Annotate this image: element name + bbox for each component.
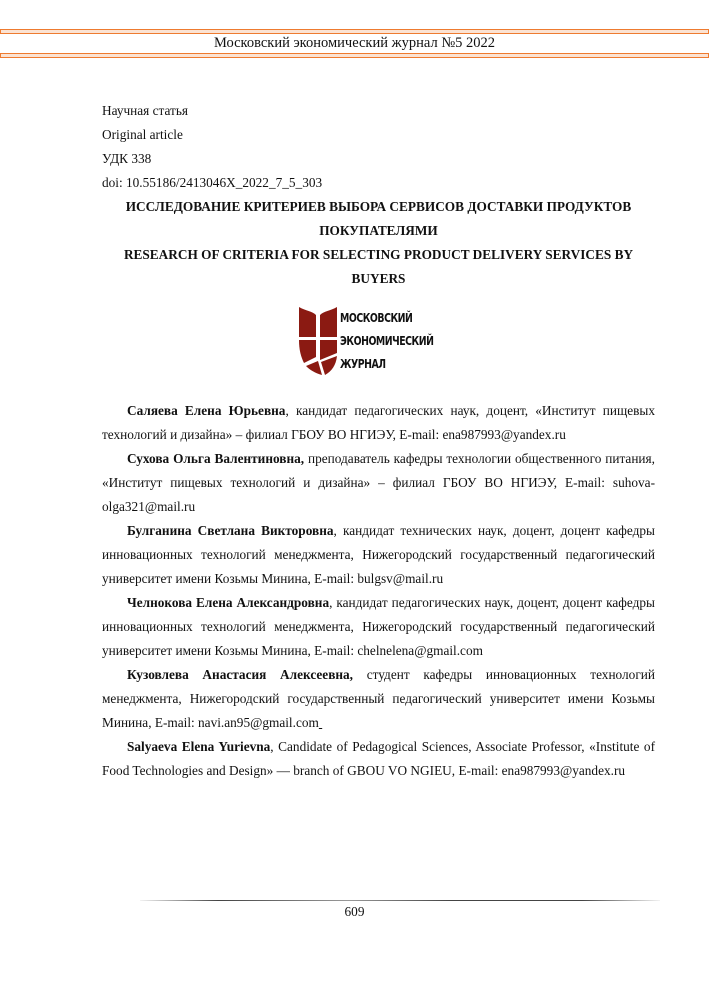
author-entry: Salyaeva Elena Yurievna, Candidate of Pe… <box>102 735 655 783</box>
header-rule-bottom <box>0 53 709 58</box>
article-type-en: Original article <box>102 123 655 147</box>
page-number: 609 <box>0 903 709 921</box>
article-front-matter: Научная статья Original article УДК 338 … <box>102 99 655 783</box>
author-name: Челнокова Елена Александровна <box>127 595 329 610</box>
logo-wordmark: МОСКОВСКИЙ ЭКОНОМИЧЕСКИЙ ЖУРНАЛ <box>340 307 433 376</box>
journal-logo-icon <box>298 305 338 377</box>
author-list: Саляева Елена Юрьевна, кандидат педагоги… <box>102 399 655 783</box>
logo-line: ЖУРНАЛ <box>340 353 433 376</box>
doi: doi: 10.55186/2413046X_2022_7_5_303 <box>102 171 655 195</box>
logo-line: МОСКОВСКИЙ <box>340 307 433 330</box>
title-en-line: RESEARCH OF CRITERIA FOR SELECTING PRODU… <box>102 243 655 267</box>
title-ru-line: ПОКУПАТЕЛЯМИ <box>102 219 655 243</box>
journal-title: Московский экономический журнал №5 2022 <box>0 34 709 52</box>
author-name: Булганина Светлана Викторовна <box>127 523 334 538</box>
footer-rule <box>140 900 660 901</box>
trailing-underline <box>319 715 322 730</box>
udc-code: УДК 338 <box>102 147 655 171</box>
logo-line: ЭКОНОМИЧЕСКИЙ <box>340 330 433 353</box>
author-entry: Челнокова Елена Александровна, кандидат … <box>102 591 655 663</box>
author-entry: Сухова Ольга Валентиновна, преподаватель… <box>102 447 655 519</box>
author-name: Кузовлева Анастасия Алексеевна, <box>127 667 353 682</box>
journal-logo: МОСКОВСКИЙ ЭКОНОМИЧЕСКИЙ ЖУРНАЛ <box>102 291 655 391</box>
title-english: RESEARCH OF CRITERIA FOR SELECTING PRODU… <box>102 243 655 291</box>
author-entry: Саляева Елена Юрьевна, кандидат педагоги… <box>102 399 655 447</box>
author-entry: Булганина Светлана Викторовна, кандидат … <box>102 519 655 591</box>
title-ru-line: ИССЛЕДОВАНИЕ КРИТЕРИЕВ ВЫБОРА СЕРВИСОВ Д… <box>102 195 655 219</box>
author-entry: Кузовлева Анастасия Алексеевна, студент … <box>102 663 655 735</box>
title-en-line: BUYERS <box>102 267 655 291</box>
title-russian: ИССЛЕДОВАНИЕ КРИТЕРИЕВ ВЫБОРА СЕРВИСОВ Д… <box>102 195 655 243</box>
author-name: Сухова Ольга Валентиновна, <box>127 451 304 466</box>
article-type-ru: Научная статья <box>102 99 655 123</box>
author-name: Salyaeva Elena Yurievna <box>127 739 270 754</box>
author-name: Саляева Елена Юрьевна <box>127 403 285 418</box>
